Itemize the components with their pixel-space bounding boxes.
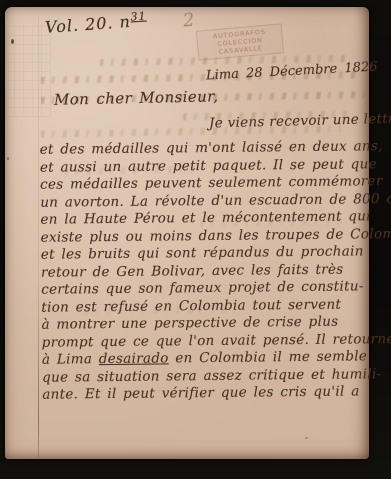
archival-note: Vol. 20. n31 — [44, 9, 147, 36]
line-text: à montrer une perspective de crise plus — [41, 314, 338, 333]
letter-paper: Vol. 20. n31 2 AUTOGRAFOS COLECCION CASA… — [5, 7, 369, 459]
archival-note-number: 31 — [130, 9, 147, 23]
scan-background: Vol. 20. n31 2 AUTOGRAFOS COLECCION CASA… — [0, 0, 391, 479]
underlined-word: desairado — [99, 350, 169, 367]
line-text: existe plus ou moins dans les troupes de… — [41, 225, 391, 245]
letter-body: et des médailles qui m'ont laissé en deu… — [40, 138, 373, 404]
line-text: que sa situation sera assez critique et … — [42, 366, 382, 386]
line-text: ces médailles peuvent seulement commémor… — [40, 173, 383, 193]
line-text: et les bruits qui sont répandus du proch… — [41, 243, 364, 262]
paper-speck — [7, 157, 9, 160]
line-text: certains que son fameux projet de consti… — [41, 278, 364, 297]
line-text: et des médailles qui m'ont laissé en deu… — [40, 138, 383, 158]
paper-speck — [11, 39, 14, 44]
line-text: tion est refusé en Colombia tout servent — [41, 296, 341, 315]
line-text: ante. Et il peut vérifier que les cris q… — [42, 383, 359, 402]
archival-note-main: Vol. 20. n — [45, 12, 132, 37]
page-number-note: 2 — [182, 9, 196, 31]
line-text: retour de Gen Bolivar, avec les faits tr… — [41, 261, 344, 280]
letter-salutation: Mon cher Monsieur, — [54, 87, 219, 108]
paper-speck — [305, 437, 308, 439]
line-text: en Colombia il me semble — [169, 348, 368, 366]
line-text: un avorton. La révolte d'un escuadron de… — [40, 190, 391, 210]
line-text: à Lima — [42, 351, 99, 368]
line-text: en la Haute Pérou et le mécontentement q… — [40, 208, 370, 227]
paper-fold-line — [38, 17, 39, 457]
line-text: prompt que ce que l'on avait pensé. Il r… — [42, 330, 391, 350]
letter-body-line: ante. Et il peut vérifier que les cris q… — [42, 383, 372, 404]
line-text: et aussi un autre petit paquet. Il se pe… — [40, 156, 377, 176]
collection-stamp: AUTOGRAFOS COLECCION CASAVALLE — [196, 23, 284, 60]
